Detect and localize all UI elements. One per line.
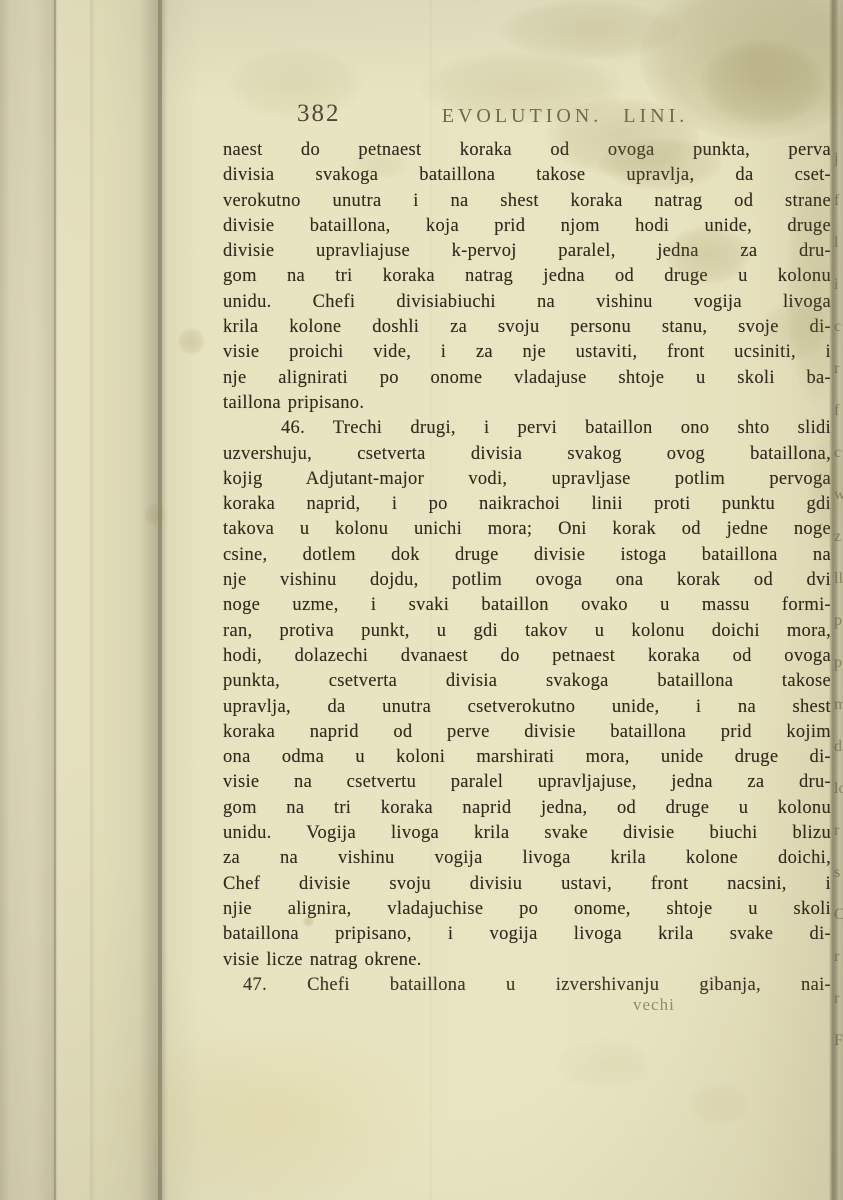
text-line: uzvershuju, csetverta divisia svakog ovo… xyxy=(223,442,831,467)
facing-page-glyph: C xyxy=(834,906,843,924)
facing-page-glyph: ll xyxy=(834,570,843,588)
facing-page-glyph: w xyxy=(834,486,843,504)
text-line: visie licze natrag okrene. xyxy=(223,948,831,973)
right-page-edge xyxy=(829,0,843,1200)
text-line: visie proichi vide, i za nje ustaviti, f… xyxy=(223,340,831,365)
facing-page-glyph: c xyxy=(834,318,843,336)
facing-page-glyph: m xyxy=(834,696,843,714)
page-number: 382 xyxy=(297,100,341,128)
text-line: za na vishinu vogija livoga krila kolone… xyxy=(223,846,831,871)
text-line: ran, protiva punkt, u gdi takov u kolonu… xyxy=(223,619,831,644)
text-line: gom na tri koraka natrag jedna od druge … xyxy=(223,264,831,289)
facing-page-glyph: s xyxy=(834,864,843,882)
facing-page-glyph: d xyxy=(834,738,843,756)
text-line: noge uzme, i svaki bataillon ovako u mas… xyxy=(223,593,831,618)
facing-page-glyph: l xyxy=(834,234,843,252)
facing-page-glyph: r xyxy=(834,948,843,966)
text-line: kojig Adjutant-major vodi, upravljase po… xyxy=(223,467,831,492)
text-line: hodi, dolazechi dvanaest do petnaest kor… xyxy=(223,644,831,669)
text-line: gom na tri koraka naprid jedna, od druge… xyxy=(223,796,831,821)
facing-page-glyph: p xyxy=(834,654,843,672)
text-line: koraka naprid od perve divisie bataillon… xyxy=(223,720,831,745)
text-line: naest do petnaest koraka od ovoga punkta… xyxy=(223,138,831,163)
text-line: unidu. Chefi divisiabiuchi na vishinu vo… xyxy=(223,290,831,315)
text-line: takova u kolonu unichi mora; Oni korak o… xyxy=(223,517,831,542)
left-page-edge xyxy=(0,0,56,1200)
text-line: krila kolone doshli za svoju personu sta… xyxy=(223,315,831,340)
text-line: Chef divisie svoju divisiu ustavi, front… xyxy=(223,872,831,897)
text-line: divisia svakoga bataillona takose upravl… xyxy=(223,163,831,188)
facing-page-glyph: lo xyxy=(834,780,843,798)
facing-page-glyph: f xyxy=(834,192,843,210)
book-page-scan: 382 EVOLUTION. LINI. naest do petnaest k… xyxy=(0,0,843,1200)
text-line: divisie bataillona, koja prid njom hodi … xyxy=(223,214,831,239)
top-tone xyxy=(162,0,830,100)
text-line: visie na csetvertu paralel upravljajuse,… xyxy=(223,770,831,795)
gutter-band xyxy=(56,0,162,1200)
text-line: punkta, csetverta divisia svakoga batail… xyxy=(223,669,831,694)
text-line: divisie upravliajuse k-pervoj paralel, j… xyxy=(223,239,831,264)
text-line: ona odma u koloni marshirati mora, unide… xyxy=(223,745,831,770)
facing-page-glyph: p xyxy=(834,612,843,630)
text-line: nje alignirati po onome vladajuse shtoje… xyxy=(223,366,831,391)
text-line: verokutno unutra i na shest koraka natra… xyxy=(223,189,831,214)
facing-page-glyph: r xyxy=(834,822,843,840)
facing-page-glyph: r xyxy=(834,990,843,1008)
text-line: 46. Trechi drugi, i pervi bataillon ono … xyxy=(223,416,831,441)
text-line: upravlja, da unutra csetverokutno unide,… xyxy=(223,695,831,720)
text-line: nje vishinu dojdu, potlim ovoga ona kora… xyxy=(223,568,831,593)
text-line: njie alignira, vladajuchise po onome, sh… xyxy=(223,897,831,922)
running-title: EVOLUTION. LINI. xyxy=(420,105,710,128)
text-line: taillona pripisano. xyxy=(223,391,831,416)
facing-page-glyph: j xyxy=(834,150,843,168)
text-line: unidu. Vogija livoga krila svake divisie… xyxy=(223,821,831,846)
facing-page-glyph: c xyxy=(834,444,843,462)
catchword: vechi xyxy=(633,995,675,1015)
body-text: naest do petnaest koraka od ovoga punkta… xyxy=(223,138,831,998)
facing-page-glyph: i xyxy=(834,276,843,294)
text-line: bataillona pripisano, i vogija livoga kr… xyxy=(223,922,831,947)
text-line: csine, dotlem dok druge divisie istoga b… xyxy=(223,543,831,568)
facing-page-glyph: f xyxy=(834,402,843,420)
facing-page-glyph: r xyxy=(834,360,843,378)
text-line: koraka naprid, i po naikrachoi linii pro… xyxy=(223,492,831,517)
facing-page-glyph: F xyxy=(834,1032,843,1050)
facing-page-glyph: z xyxy=(834,528,843,546)
text-line: 47. Chefi bataillona u izvershivanju gib… xyxy=(223,973,831,998)
